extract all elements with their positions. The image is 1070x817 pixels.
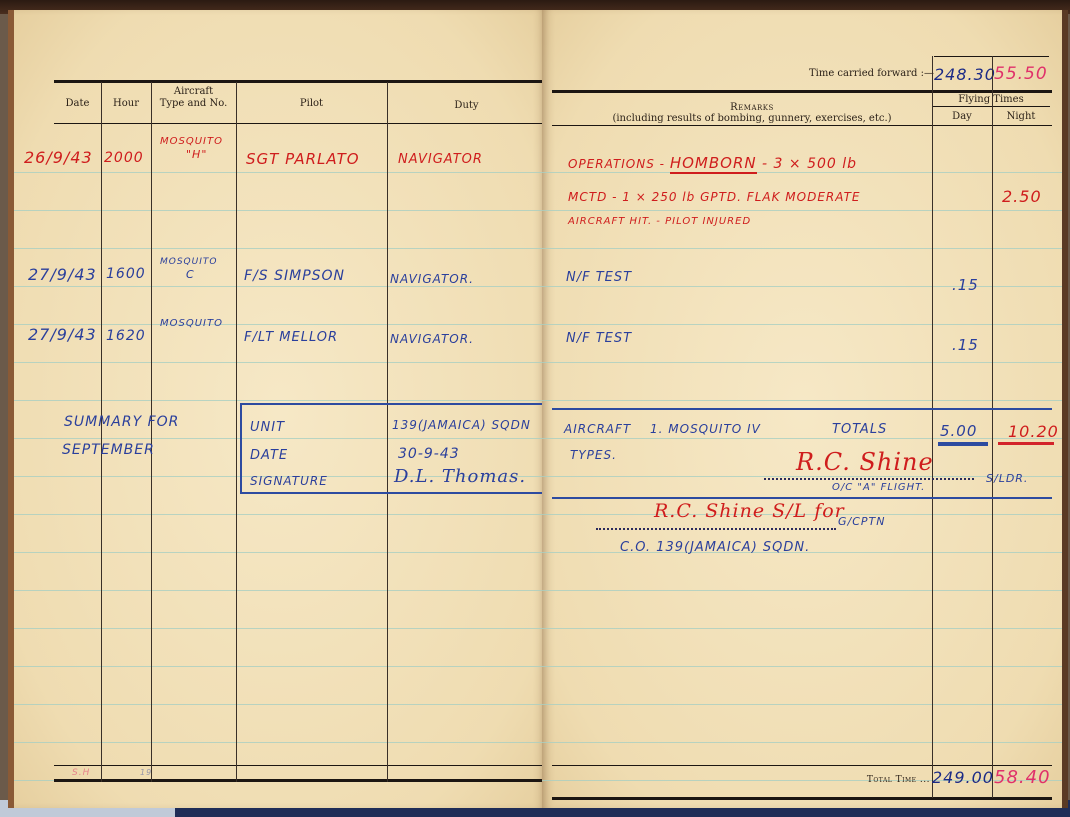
summary-box-top: [240, 403, 546, 405]
total-time-night: 58.40: [994, 767, 1051, 788]
entry-day-time: .15: [952, 276, 979, 294]
header-top-rule: [54, 80, 546, 83]
summary-aircraft-label: AIRCRAFT: [564, 422, 631, 436]
oc-rank: S/LDR.: [986, 472, 1028, 485]
column-header-duty: Duty: [387, 100, 546, 112]
entry-date: 27/9/43: [28, 325, 97, 344]
entry-pilot: SGT PARLATO: [246, 150, 360, 168]
total-time-day: 249.00: [932, 768, 994, 787]
carried-forward-night: 55.50: [994, 64, 1048, 84]
entry-hour: 1600: [106, 266, 146, 282]
column-header-aircraft-line2: Type and No.: [151, 98, 236, 110]
entry-pilot: F/S SIMPSON: [244, 268, 345, 284]
entry-hour: 2000: [104, 150, 144, 166]
oc-signature-line: [764, 478, 974, 480]
totals-day-underline: [938, 442, 988, 446]
entry-duty: NAVIGATOR.: [390, 332, 474, 346]
remarks-line: AIRCRAFT HIT. - PILOT INJURED: [568, 216, 751, 227]
col-sep-hour-aircraft: [151, 82, 152, 782]
col-sep-pilot-duty: [387, 82, 388, 782]
summary-types-label: TYPES.: [570, 448, 617, 462]
column-header-night: Night: [992, 111, 1050, 123]
entry-duty: NAVIGATOR.: [390, 272, 474, 286]
co-title: C.O. 139(JAMAICA) SQDN.: [620, 540, 810, 555]
entry-date: 26/9/43: [24, 148, 93, 167]
remarks-line: OPERATIONS - HOMBORN - 3 × 500 lb: [568, 154, 857, 172]
carried-forward-day: 248.30: [934, 65, 996, 84]
column-header-day: Day: [932, 111, 992, 123]
col-sep-date-hour: [101, 82, 102, 782]
column-header-remarks-sub: (including results of bombing, gunnery, …: [572, 113, 932, 125]
entry-duty: NAVIGATOR: [398, 152, 483, 167]
header-bottom-rule: [54, 123, 546, 124]
summary-top-line: [552, 408, 1052, 410]
entry-aircraft-type: MOSQUITO: [160, 318, 223, 329]
footer-rule-thin: [54, 765, 546, 766]
ruled-lines: [14, 135, 546, 795]
co-signature-line: [596, 528, 836, 530]
header-bottom-rule: [552, 125, 1052, 126]
footer-rule-thick: [552, 797, 1052, 800]
entry-night-time: 2.50: [1002, 187, 1042, 206]
oc-title: O/C "A" FLIGHT.: [832, 482, 925, 493]
right-page: Time carried forward :— 248.30 55.50 Rem…: [542, 10, 1068, 808]
summary-signature-label: SIGNATURE: [250, 474, 328, 488]
column-header-flying-times: Flying Times: [932, 94, 1050, 106]
column-header-aircraft-line1: Aircraft: [151, 86, 236, 98]
remarks-line: N/F TEST: [566, 331, 632, 346]
entry-aircraft-type: MOSQUITO: [160, 136, 223, 147]
entry-aircraft-no: "H": [186, 148, 207, 161]
entry-aircraft-no: C: [186, 268, 195, 281]
col-sep-day-night: [992, 56, 993, 798]
remarks-line: N/F TEST: [566, 270, 632, 285]
remarks-line: MCTD - 1 × 250 lb GPTD. FLAK MODERATE: [568, 190, 861, 204]
co-signature: R.C. Shine S/L for: [654, 500, 845, 522]
summary-title-line1: SUMMARY FOR: [64, 414, 179, 430]
co-rank: G/CPTN: [838, 515, 886, 528]
column-header-date: Date: [54, 98, 101, 110]
total-time-label: Total Time ...: [762, 774, 930, 786]
entry-day-time: .15: [952, 336, 979, 354]
entry-date: 27/9/43: [28, 265, 97, 284]
footer-rule-thin: [552, 765, 1052, 766]
col-sep-remarks-day: [932, 56, 933, 798]
oc-signature: R.C. Shine: [796, 448, 934, 476]
remarks-operations: OPERATIONS -: [568, 157, 670, 171]
footer-mark-blue: 19: [140, 768, 152, 777]
entry-pilot: F/LT MELLOR: [244, 330, 338, 345]
summary-title-line2: SEPTEMBER: [62, 442, 155, 458]
summary-box-bottom: [240, 492, 546, 494]
remarks-target: HOMBORN: [670, 154, 757, 174]
summary-bottom-line: [552, 497, 1052, 499]
summary-totals-day: 5.00: [940, 422, 977, 440]
column-header-hour: Hour: [101, 98, 151, 110]
summary-totals-label: TOTALS: [832, 422, 887, 437]
flying-times-rule: [932, 106, 1050, 107]
summary-unit-label: UNIT: [250, 420, 285, 435]
time-carried-forward-label: Time carried forward :—: [742, 68, 934, 80]
summary-date-label: DATE: [250, 448, 288, 463]
column-header-aircraft: Aircraft Type and No.: [151, 86, 236, 110]
entry-hour: 1620: [106, 328, 146, 344]
col-sep-aircraft-pilot: [236, 82, 237, 782]
footer-mark-pink: S.H: [72, 768, 90, 778]
left-page: Date Hour Aircraft Type and No. Pilot Du…: [8, 10, 546, 808]
summary-box-left: [240, 403, 242, 493]
entry-aircraft-type: MOSQUITO: [160, 257, 217, 267]
remarks-bomb-load: - 3 × 500 lb: [757, 156, 857, 172]
summary-aircraft-value: 1. MOSQUITO IV: [650, 422, 761, 436]
totals-night-underline: [998, 442, 1054, 445]
summary-totals-night: 10.20: [1008, 422, 1059, 441]
summary-unit-value: 139(JAMAICA) SQDN: [392, 418, 531, 432]
summary-date-value: 30-9-43: [398, 446, 460, 462]
footer-rule-thick: [54, 779, 546, 782]
summary-signature: D.L. Thomas.: [394, 466, 526, 487]
column-header-pilot: Pilot: [236, 98, 387, 110]
header-top-rule: [552, 90, 1052, 93]
